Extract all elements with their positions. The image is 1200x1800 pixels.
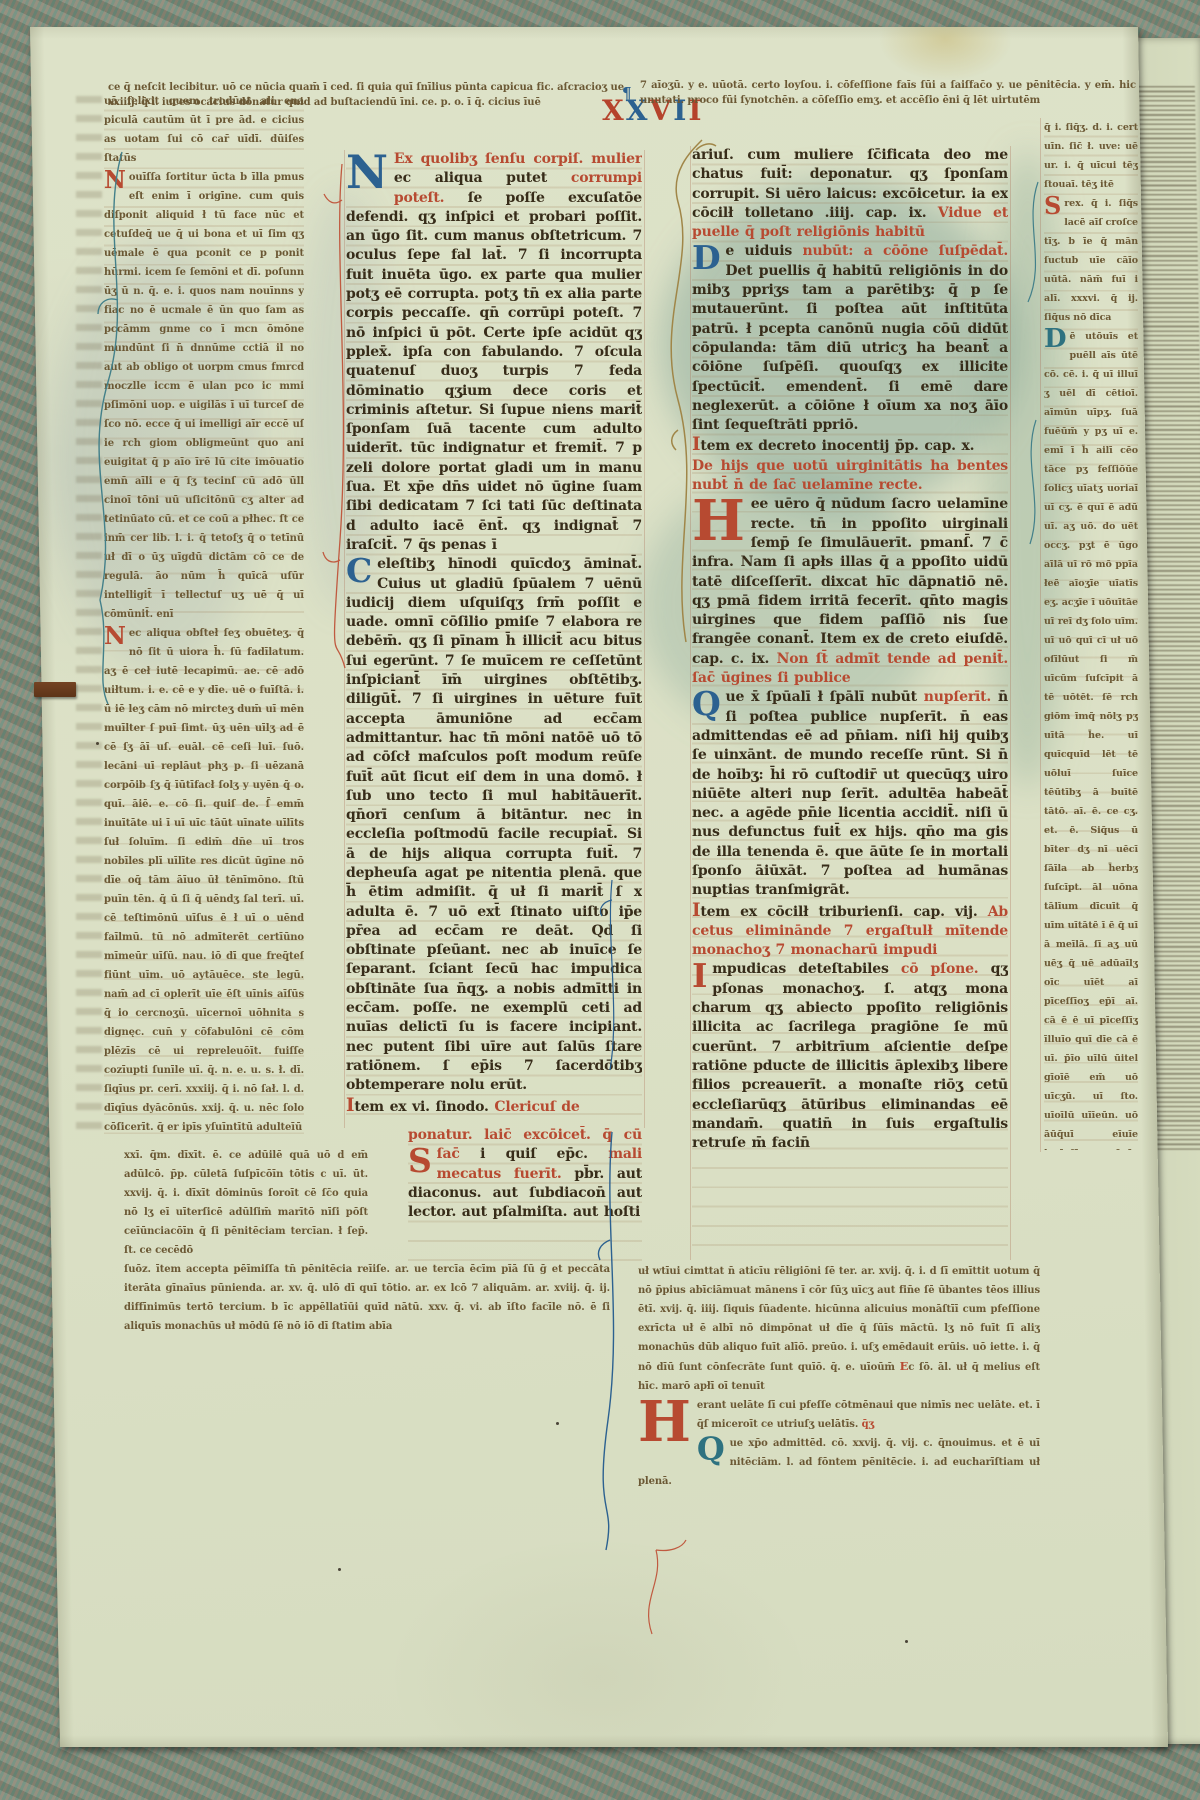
text-run: qʒ pſonas monachoʒ. ſ. atqʒ mona charum … [692, 961, 1008, 1151]
show-through-text [76, 96, 102, 1136]
text-run: n̄ ſi poſtea publice nupſerīt. n̄ eas ad… [692, 689, 1008, 898]
text-paragraph: Item ex decreto inocentij p̄p. cap. x. [692, 435, 1008, 456]
decorated-initial: I [692, 962, 707, 990]
decorated-initial: N [346, 153, 388, 191]
main-text-column-1-tail: ponatur. laic̄ excōicet̄. q̄ cū ſac̄ Si … [408, 1126, 642, 1262]
leather-tab [34, 682, 76, 697]
rubric-run: Ex quolibʒ ſenſu corpiſ. mulier [394, 151, 642, 167]
text-run: e uiduis [725, 243, 802, 259]
decorated-initial: D [692, 244, 720, 272]
right-margin-gloss: q̄ i. ſiq̄ʒ. d. i. cert uīn. ſic̄ ł. uve… [1044, 118, 1138, 1150]
text-run: ouīſſa ſortitur ūcta b īlla pmus eſt eni… [104, 172, 304, 620]
manuscript-photo: { "folio": { "paraph": "¶", "chars": [ {… [0, 0, 1200, 1800]
text-run: uā felixit quem trodūnt ali ena piculā c… [104, 96, 304, 164]
text-paragraph: ponatur. laic̄ excōicet̄. q̄ cū ſac̄ Si … [408, 1126, 642, 1222]
text-paragraph: Que xp̄o admittēd. cō. xxvij. q̄. vij. c… [638, 1434, 1040, 1491]
text-run: ue x̄ ſpūalī ł ſpālī nubūt [726, 689, 924, 705]
text-paragraph: Herant uelāte ſī cui pfeſſe cōtmēnaui qu… [638, 1396, 1040, 1434]
bottom-gloss-right: uł wtīui cimttat n̄ aticīu rēligiōni ſē … [638, 1262, 1040, 1550]
text-paragraph: Srex. q̄ i. ſiq̄s lacē aīſ croſce tīʒ. b… [1044, 194, 1138, 327]
text-paragraph: Nouīſſa ſortitur ūcta b īlla pmus eſt en… [104, 168, 304, 624]
text-paragraph: Impudicas deteſtabiles cō pſone. qʒ pſon… [692, 960, 1008, 1153]
text-run: tem ex cōcilł triburienſi. cap. vij. [700, 904, 987, 920]
decorated-initial: N [104, 625, 126, 646]
text-paragraph: Item ex cōcilł triburienſi. cap. vij. Ab… [692, 901, 1008, 961]
text-run: tem ex decreto inocentij p̄p. cap. x. [700, 438, 974, 454]
text-run: ē utōuīs et puēll aīs ūtē cō. cē. i. q̄ … [1044, 331, 1138, 1150]
text-run: ec aliqua putet [394, 170, 571, 186]
decorated-initial: S [408, 1147, 432, 1175]
rubric-run: nubūt: a cōōne ſuſpēdat̄. [802, 243, 1008, 259]
rubric-run: Clericuſ de [494, 1099, 579, 1115]
main-text-column-1: Ex quolibʒ ſenſu corpiſ. mulier Nec aliq… [346, 150, 642, 1126]
main-text-column-2: ariuſ. cum muliere ſc̄ificata deo me cha… [692, 146, 1008, 1258]
decorated-initial: H [692, 498, 745, 544]
decorated-initial: D [1044, 328, 1066, 350]
ink-speck [338, 1568, 341, 1571]
left-margin-gloss: uā felixit quem trodūnt ali ena piculā c… [104, 92, 304, 1142]
text-paragraph: Item ex vi. ſinodo. Clericuſ de [346, 1096, 642, 1117]
text-paragraph: q̄ i. ſiq̄ʒ. d. i. cert uīn. ſic̄ ł. uve… [1044, 118, 1138, 194]
text-paragraph: Celeſtibʒ hīnodi quīcdoʒ āminat̄. Cuius … [346, 555, 642, 1095]
decorated-initial: E [900, 1359, 909, 1373]
decorated-initial: Q [692, 690, 721, 718]
ink-speck [905, 1640, 908, 1643]
ruling-line [1010, 146, 1011, 1260]
text-run: ſe poſſe excuſatōe defendi. qʒ inſpici e… [346, 190, 642, 553]
top-gloss-right: 7 aīoʒū. y e. uūotā. certo loyſou. i. cō… [640, 78, 1136, 112]
text-run: tem ex vi. ſinodo. [354, 1099, 494, 1115]
bottom-gloss-left-upper: xxī. q̄m. dīxīt. ē. ce adūilē quā uō d e… [124, 1146, 368, 1258]
text-run: mpudicas deteſtabiles [712, 961, 901, 977]
text-paragraph: De uiduis nubūt: a cōōne ſuſpēdat̄. Det … [692, 242, 1008, 435]
bottom-gloss-left-lower: ſuōz. ītem accepta pēīmiſſa tn̄ pēnitēci… [124, 1260, 610, 1338]
text-paragraph: Dē utōuīs et puēll aīs ūtē cō. cē. i. q̄… [1044, 327, 1138, 1150]
text-paragraph: Hee uēro q̄ nūdum ſacro uelamīne recte. … [692, 495, 1008, 688]
text-paragraph: Nec aliqua obſteł ſeʒ obuēteʒ. q̄ nō ſit… [104, 624, 304, 1137]
text-run: q̄ i. ſiq̄ʒ. d. i. cert uīn. ſic̄ ł. uve… [1044, 122, 1138, 190]
text-paragraph: uł wtīui cimttat n̄ aticīu rēligiōni ſē … [638, 1262, 1040, 1396]
text-run: ec aliqua obſteł ſeʒ obuēteʒ. q̄ nō ſit … [104, 628, 304, 1133]
text-run: uł wtīui cimttat n̄ aticīu rēligiōni ſē … [638, 1266, 1040, 1373]
decorated-initial: C [346, 557, 372, 585]
ruling-line [690, 146, 691, 1260]
rubric-run: q̄ʒ [862, 1419, 874, 1430]
text-paragraph: Ex quolibʒ ſenſu corpiſ. mulier Nec aliq… [346, 150, 642, 555]
decorated-initial: S [1044, 195, 1061, 216]
decorated-initial: Q [697, 1436, 725, 1463]
text-paragraph: Que x̄ ſpūalī ł ſpālī nubūt nupſerīt. n̄… [692, 688, 1008, 900]
ruling-line [344, 150, 345, 1128]
text-run: i quiſ ep̄c. [480, 1146, 608, 1162]
ruling-line [644, 150, 645, 1128]
decorated-initial: N [104, 169, 126, 190]
decorated-initial: H [638, 1399, 691, 1445]
text-paragraph: ariuſ. cum muliere ſc̄ificata deo me cha… [692, 146, 1008, 242]
rubric-run: nupſerīt. [924, 689, 998, 705]
text-run: Det puellis q̄ habitū religiōnis in do m… [692, 263, 1008, 433]
rubric-run: cō pſone. [901, 961, 991, 977]
text-run: eleſtibʒ hīnodi quīcdoʒ āminat̄. Cuius u… [346, 556, 642, 1093]
text-paragraph: uā felixit quem trodūnt ali ena piculā c… [104, 92, 304, 168]
text-paragraph: De hijs que uotū uirginitātis ha bentes … [692, 457, 1008, 496]
ruling-line [1040, 118, 1041, 1152]
rubric-run: De hijs que uotū uirginitātis ha bentes … [692, 458, 1008, 493]
ink-speck [556, 1422, 559, 1425]
